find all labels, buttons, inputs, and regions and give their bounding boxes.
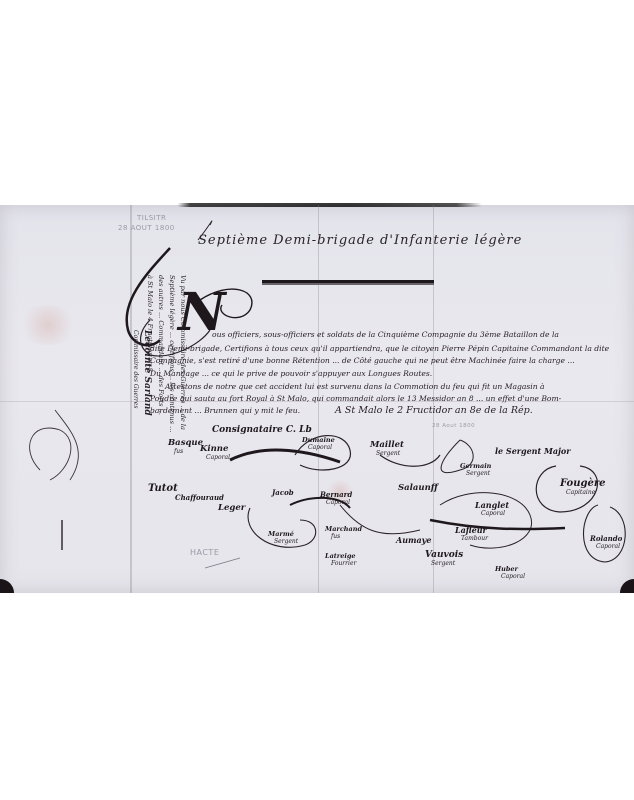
signature: KinneCaporal (200, 444, 230, 461)
body-line: Attestons de notre que cet accident lui … (165, 382, 545, 391)
signature: Salaunff (398, 483, 438, 493)
margin-line: Vu par nous Commissaire des Guerres ... … (177, 275, 188, 432)
signature: le Sergent Major (495, 446, 570, 456)
signature: Leger (218, 503, 245, 513)
body-line: ous officiers, sous-officiers et soldats… (212, 330, 559, 339)
signature: Chaffouraud (175, 493, 224, 502)
margin-signature: Lecointe Sarland Commissaire des Guerres (130, 330, 152, 416)
signature: Consignataire C. Lb (212, 425, 312, 435)
margin-line: des autres ... Commandant ... des Forts … (155, 275, 166, 432)
margin-signature-name: Lecointe Sarland (141, 330, 152, 416)
signature: Basquefus (168, 438, 203, 455)
signature: LatreigeFourrier (325, 552, 356, 567)
body-line: Compagnie, s'est retiré d'une bonne Réte… (150, 356, 575, 365)
body-line: dite Demi-brigade, Certifions à tous ceu… (150, 344, 609, 353)
signature: FougèreCapitaine (560, 478, 605, 496)
signature: GermainSergent (460, 462, 491, 477)
signature: Marchandfus (325, 525, 362, 540)
signature: LangletCaporal (475, 500, 509, 517)
signature: Tutot (148, 483, 178, 494)
pencil-date: 28 Aout 1800 (432, 423, 475, 429)
body-line: Poudre qui sauta au fort Royal à St Malo… (150, 394, 561, 403)
signature: Aumaye (396, 535, 431, 545)
pencil-annotation-bottom: HACTE (190, 548, 219, 557)
signature: DumaineCaporal (302, 436, 335, 451)
signature: HuberCaporal (495, 565, 525, 580)
signature: MailletSergent (370, 440, 404, 457)
margin-signature-role: Commissaire des Guerres (130, 330, 141, 416)
body-line: Du Mandage ... ce qui le prive de pouvoi… (150, 369, 432, 378)
signature: BernardCaporal (320, 490, 352, 506)
date-line: A St Malo le 2 Fructidor an 8e de la Rép… (335, 405, 533, 416)
signature: Jacob (272, 488, 294, 497)
signature: MarméSergent (268, 530, 298, 545)
signature: RolandoCaporal (590, 534, 622, 550)
signature: VauvoisSergent (425, 550, 463, 567)
margin-line: Septième légère ... certifions ... les c… (166, 275, 177, 432)
signature: LafleurTambour (455, 525, 488, 542)
